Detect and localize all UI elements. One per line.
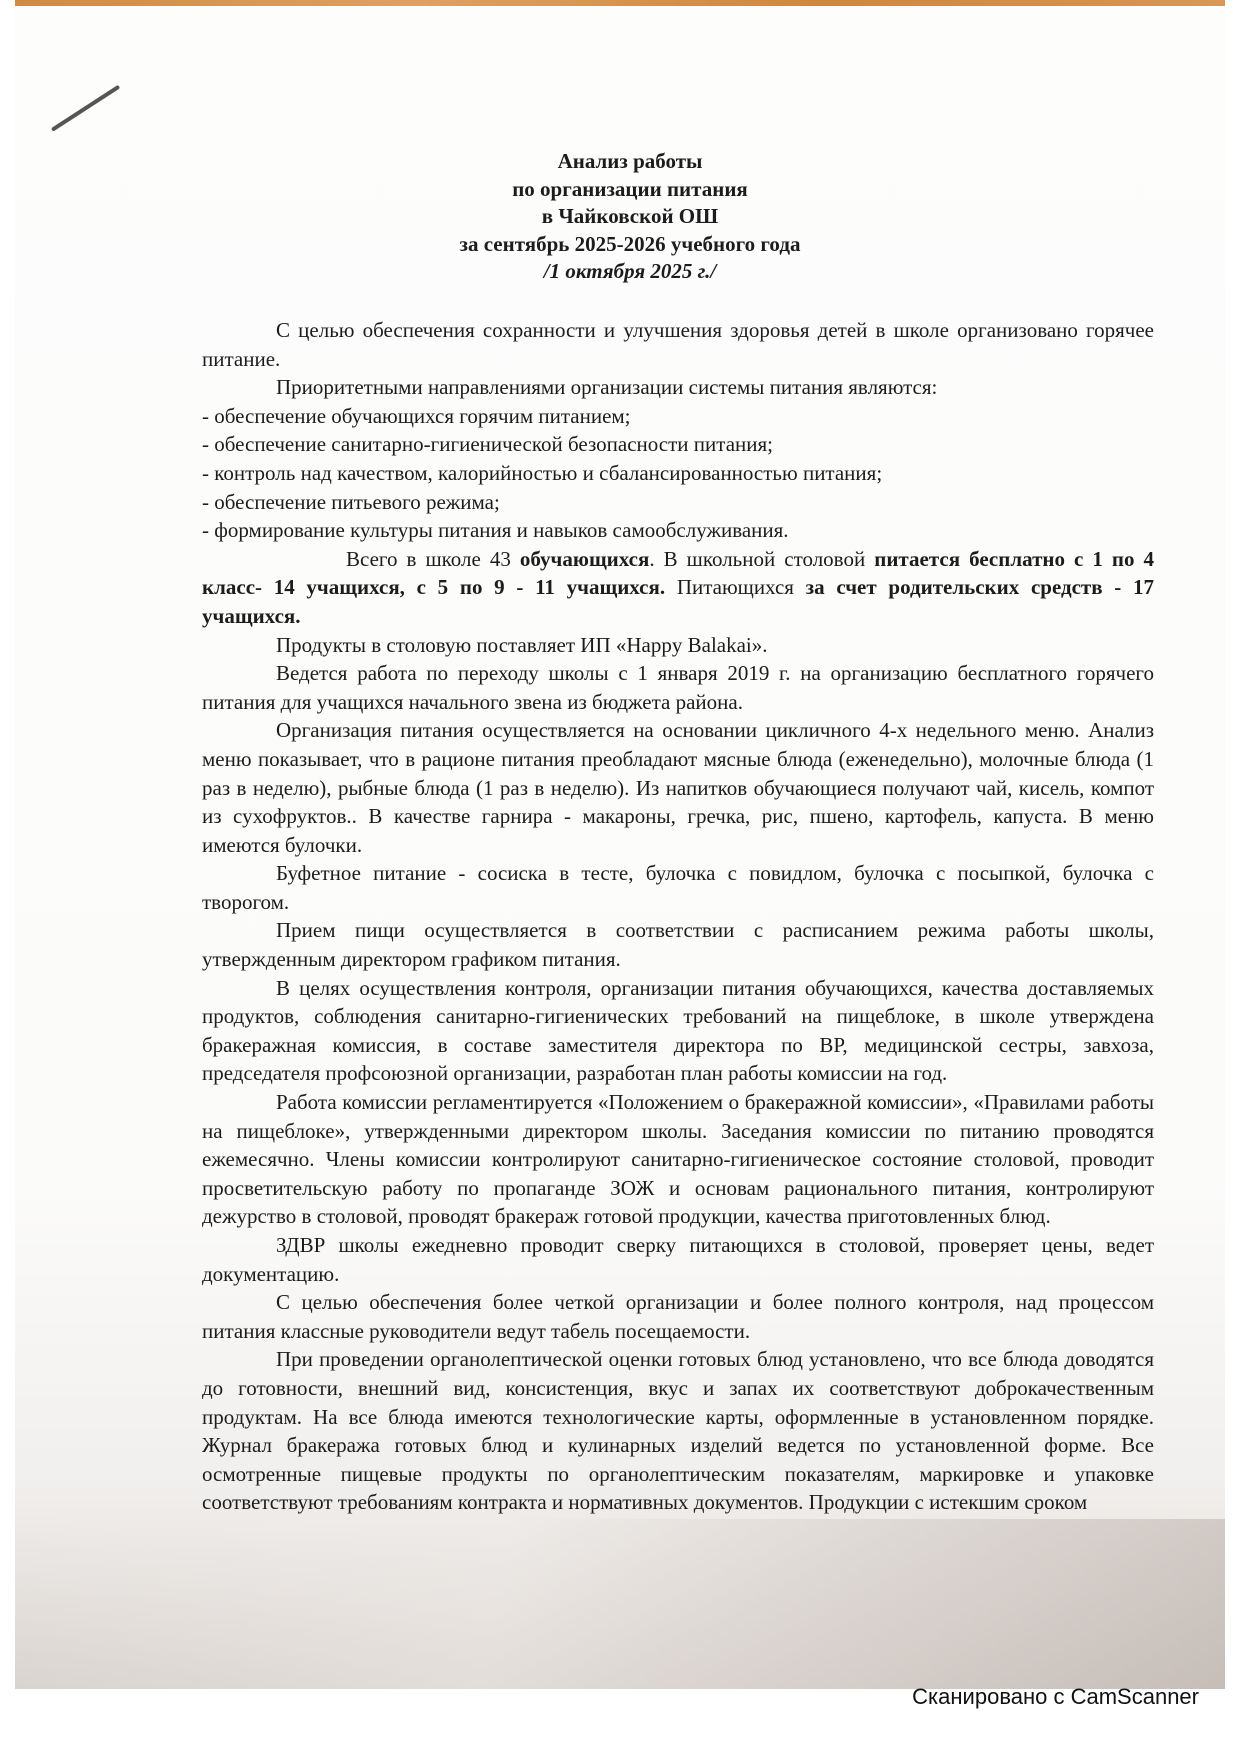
paragraph-priorities: Приоритетными направлениями организации … [202,373,1154,402]
title-line-1: Анализ работы [200,148,1060,176]
paragraph-regulation: Работа комиссии регламентируется «Положе… [202,1088,1154,1231]
list-item: - обеспечение питьевого режима; [202,488,1154,517]
paragraph-attendance: С целью обеспечения более четкой организ… [202,1288,1154,1345]
text-span: . В школьной столовой [649,547,874,571]
document-title: Анализ работы по организации питания в Ч… [200,148,1060,286]
paragraph-schedule: Прием пищи осуществляется в соответствии… [202,916,1154,973]
title-line-3: в Чайковской ОШ [200,203,1060,231]
bold-span: обучающихся [520,547,650,571]
paragraph-menu: Организация питания осуществляется на ос… [202,716,1154,859]
paragraph-supplier: Продукты в столовую поставляет ИП «Happy… [202,631,1154,660]
paragraph-buffet: Буфетное питание - сосиска в тесте, було… [202,859,1154,916]
document-body: С целью обеспечения сохранности и улучше… [202,316,1154,1517]
list-item: - контроль над качеством, калорийностью … [202,459,1154,488]
title-line-4: за сентябрь 2025-2026 учебного года [200,231,1060,259]
list-item: - формирование культуры питания и навыко… [202,516,1154,545]
camscanner-watermark: Сканировано с CamScanner [912,1684,1199,1710]
paragraph-student-counts: Всего в школе 43 обучающихся. В школьной… [202,545,1154,631]
paragraph-organoleptic: При проведении органолептической оценки … [202,1345,1154,1517]
paragraph-zdvr: ЗДВР школы ежедневно проводит сверку пит… [202,1231,1154,1288]
text-span: Всего в школе 43 [346,547,520,571]
list-item: - обеспечение обучающихся горячим питани… [202,402,1154,431]
paragraph-commission: В целях осуществления контроля, организа… [202,974,1154,1088]
priorities-list: - обеспечение обучающихся горячим питани… [202,402,1154,545]
list-item: - обеспечение санитарно-гигиенической бе… [202,430,1154,459]
text-span: Питающихся [665,575,806,599]
document-date: /1 октября 2025 г./ [200,258,1060,286]
paragraph-intro: С целью обеспечения сохранности и улучше… [202,316,1154,373]
title-line-2: по организации питания [200,176,1060,204]
paragraph-transition: Ведется работа по переходу школы с 1 янв… [202,659,1154,716]
